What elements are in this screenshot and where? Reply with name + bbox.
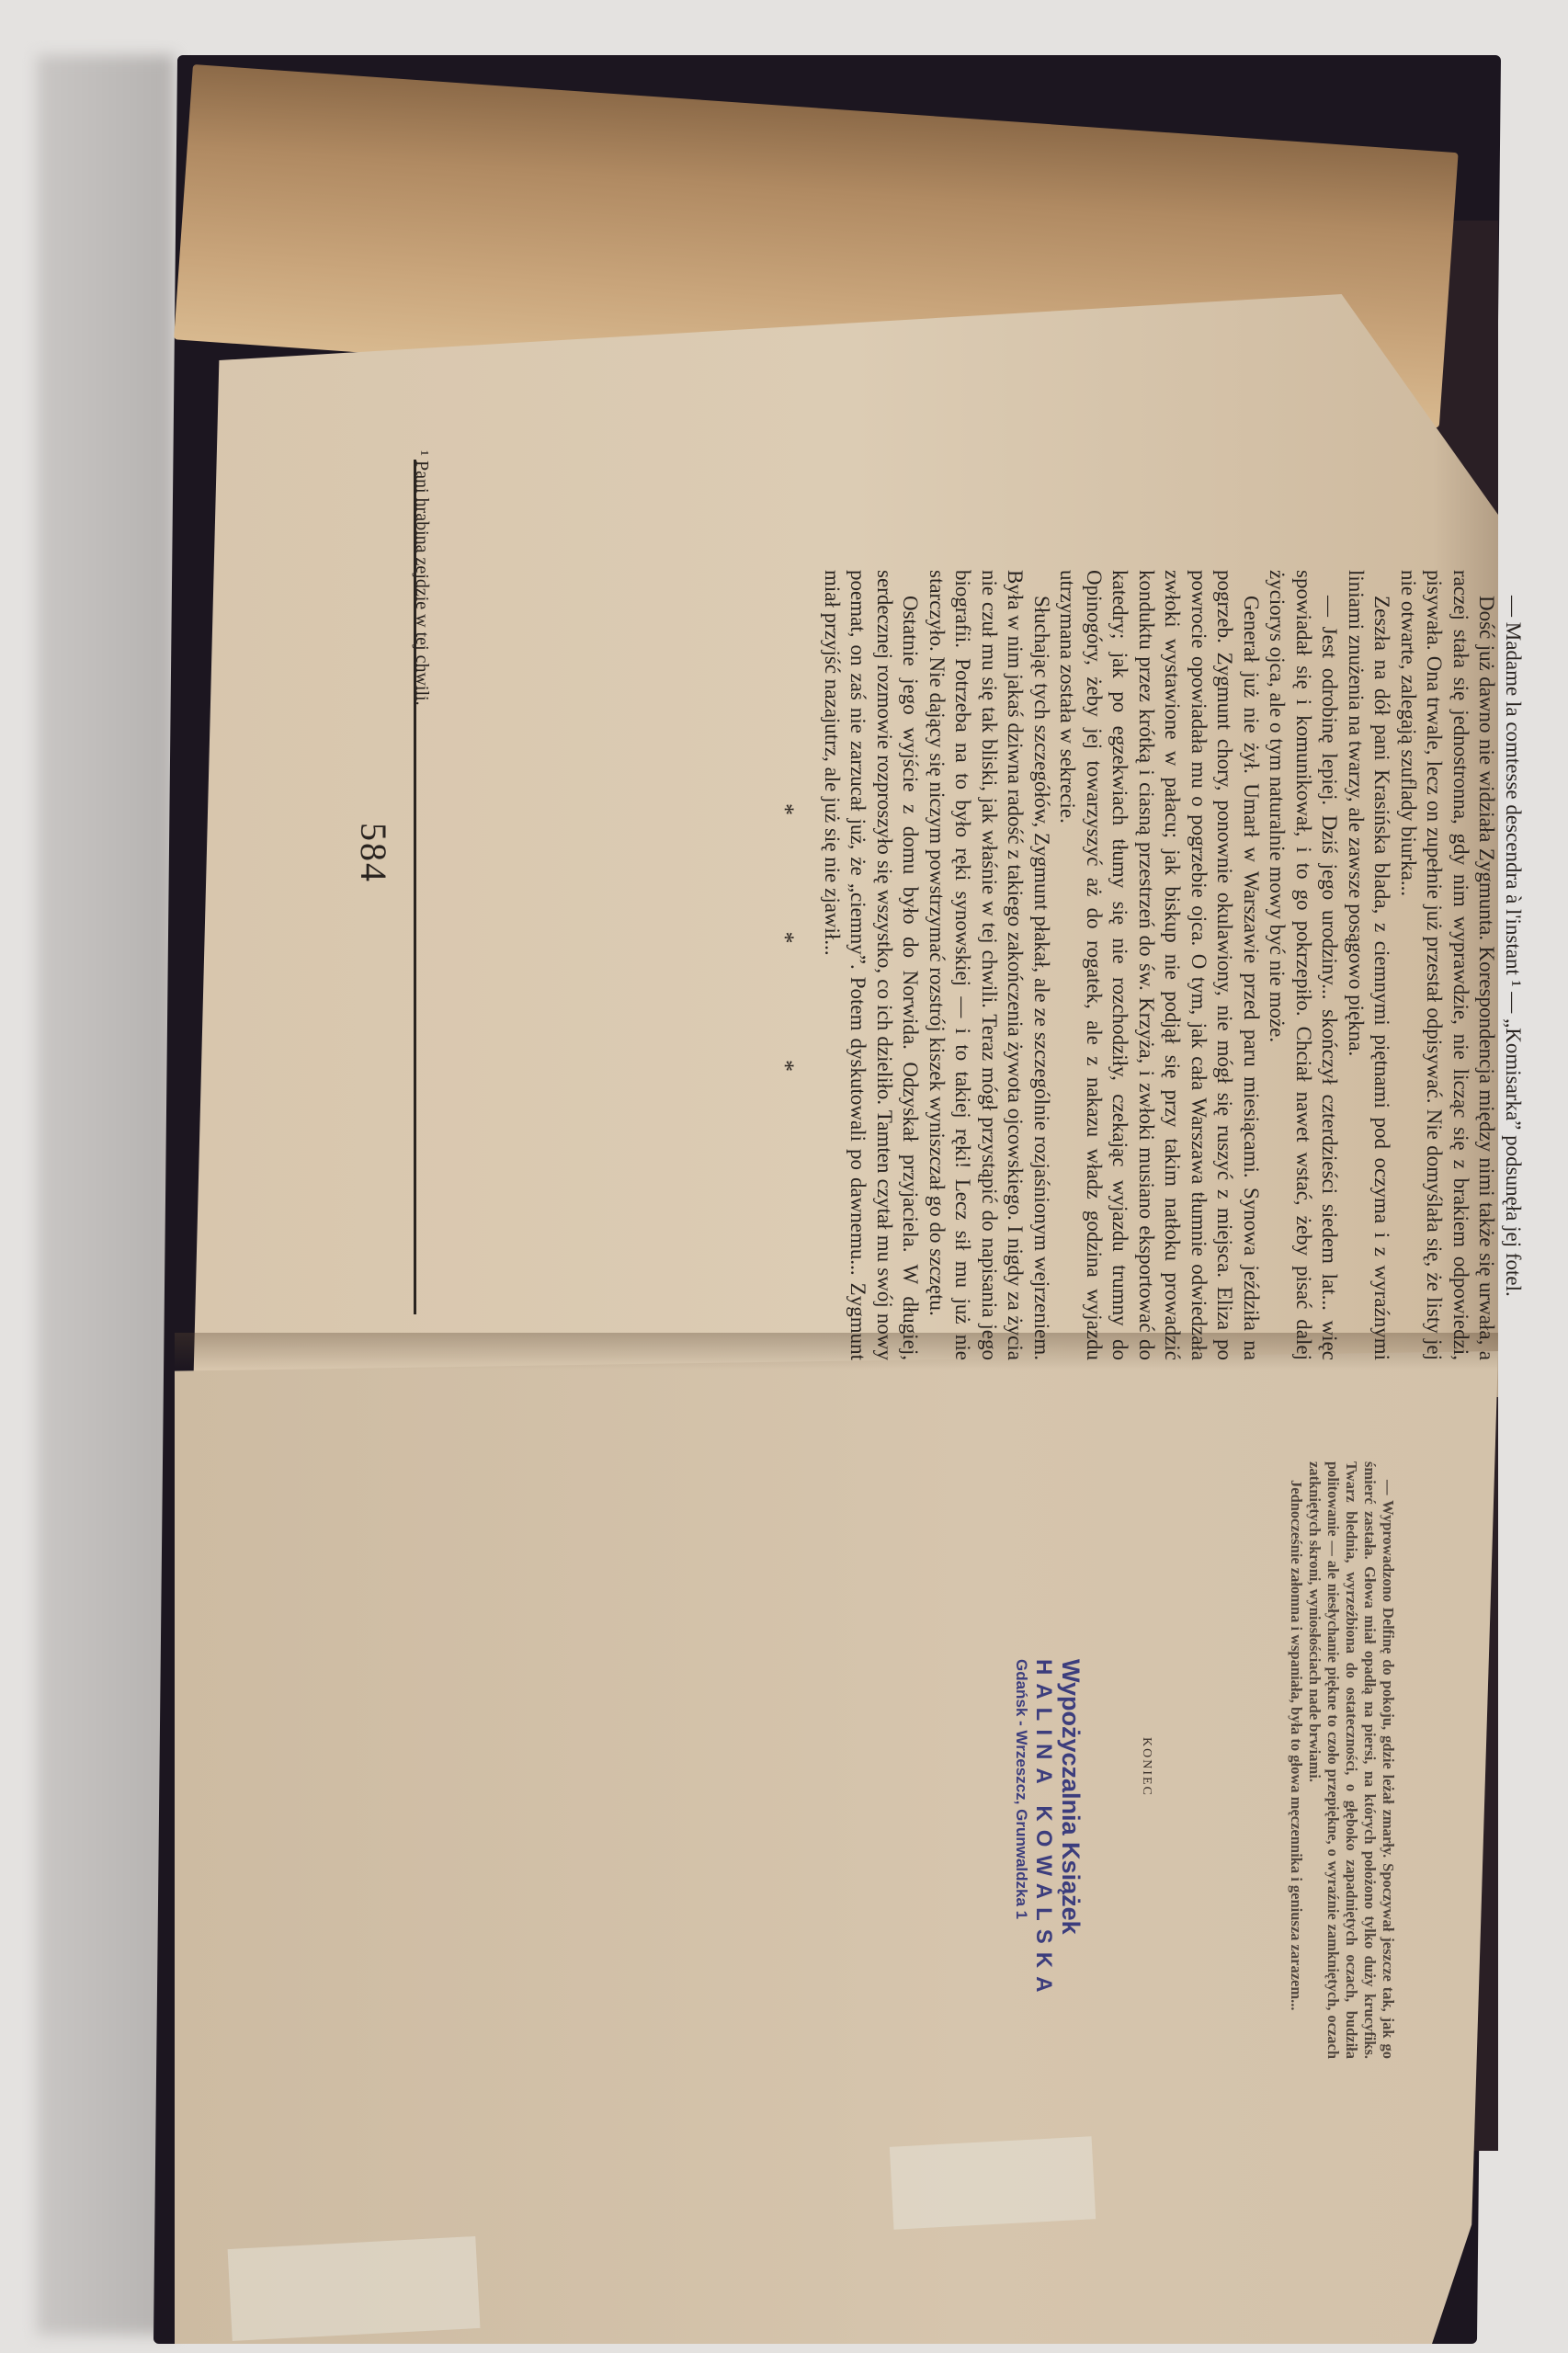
paragraph: Zeszła na dół pani Krasińska blada, z ci…	[1343, 570, 1395, 1360]
paragraph: Dość już dawno nie widziała Zygmunta. Ko…	[1395, 570, 1500, 1360]
stamp-line-2: HALINA KOWALSKA	[1030, 1659, 1056, 2000]
stamp-line-3: Gdańsk - Wrzeszcz, Grunwaldzka 1	[1012, 1659, 1030, 2000]
paragraph: — Madame la comtesse descendra à l'insta…	[1500, 570, 1527, 1360]
paragraph: — Jest odrobinę lepiej. Dziś jego urodzi…	[1264, 570, 1343, 1360]
paragraph: Jednocześnie załomna i wspaniała, była t…	[1287, 1461, 1305, 2059]
tape-strip	[228, 2236, 481, 2341]
right-page-body: — Wyprowadzono Delfinę do pokoju, gdzie …	[1287, 1461, 1397, 2059]
paragraph: Słuchając tych szczegółów, Zygmunt płaka…	[924, 570, 1055, 1360]
end-label: KONIEC	[1139, 1737, 1153, 1797]
page-number: 584	[352, 823, 395, 883]
stamp-line-1: Wypożyczalnia Książek	[1056, 1659, 1085, 2000]
book-shadow	[37, 55, 175, 2335]
paragraph: Ostatnie jego wyjście z domu było do Nor…	[819, 570, 924, 1360]
footnote: ¹ Pani hrabina zejdzie w tej chwili.	[411, 450, 432, 910]
left-page-body: — Madame la comtesse descendra à l'insta…	[757, 570, 1526, 1360]
paragraph: Generał już nie żył. Umarł w Warszawie p…	[1054, 570, 1264, 1360]
tape-strip	[890, 2136, 1096, 2229]
section-break: * * *	[772, 570, 799, 1360]
paragraph: — Wyprowadzono Delfinę do pokoju, gdzie …	[1305, 1461, 1397, 2059]
library-stamp: Wypożyczalnia Książek HALINA KOWALSKA Gd…	[1012, 1659, 1085, 2000]
